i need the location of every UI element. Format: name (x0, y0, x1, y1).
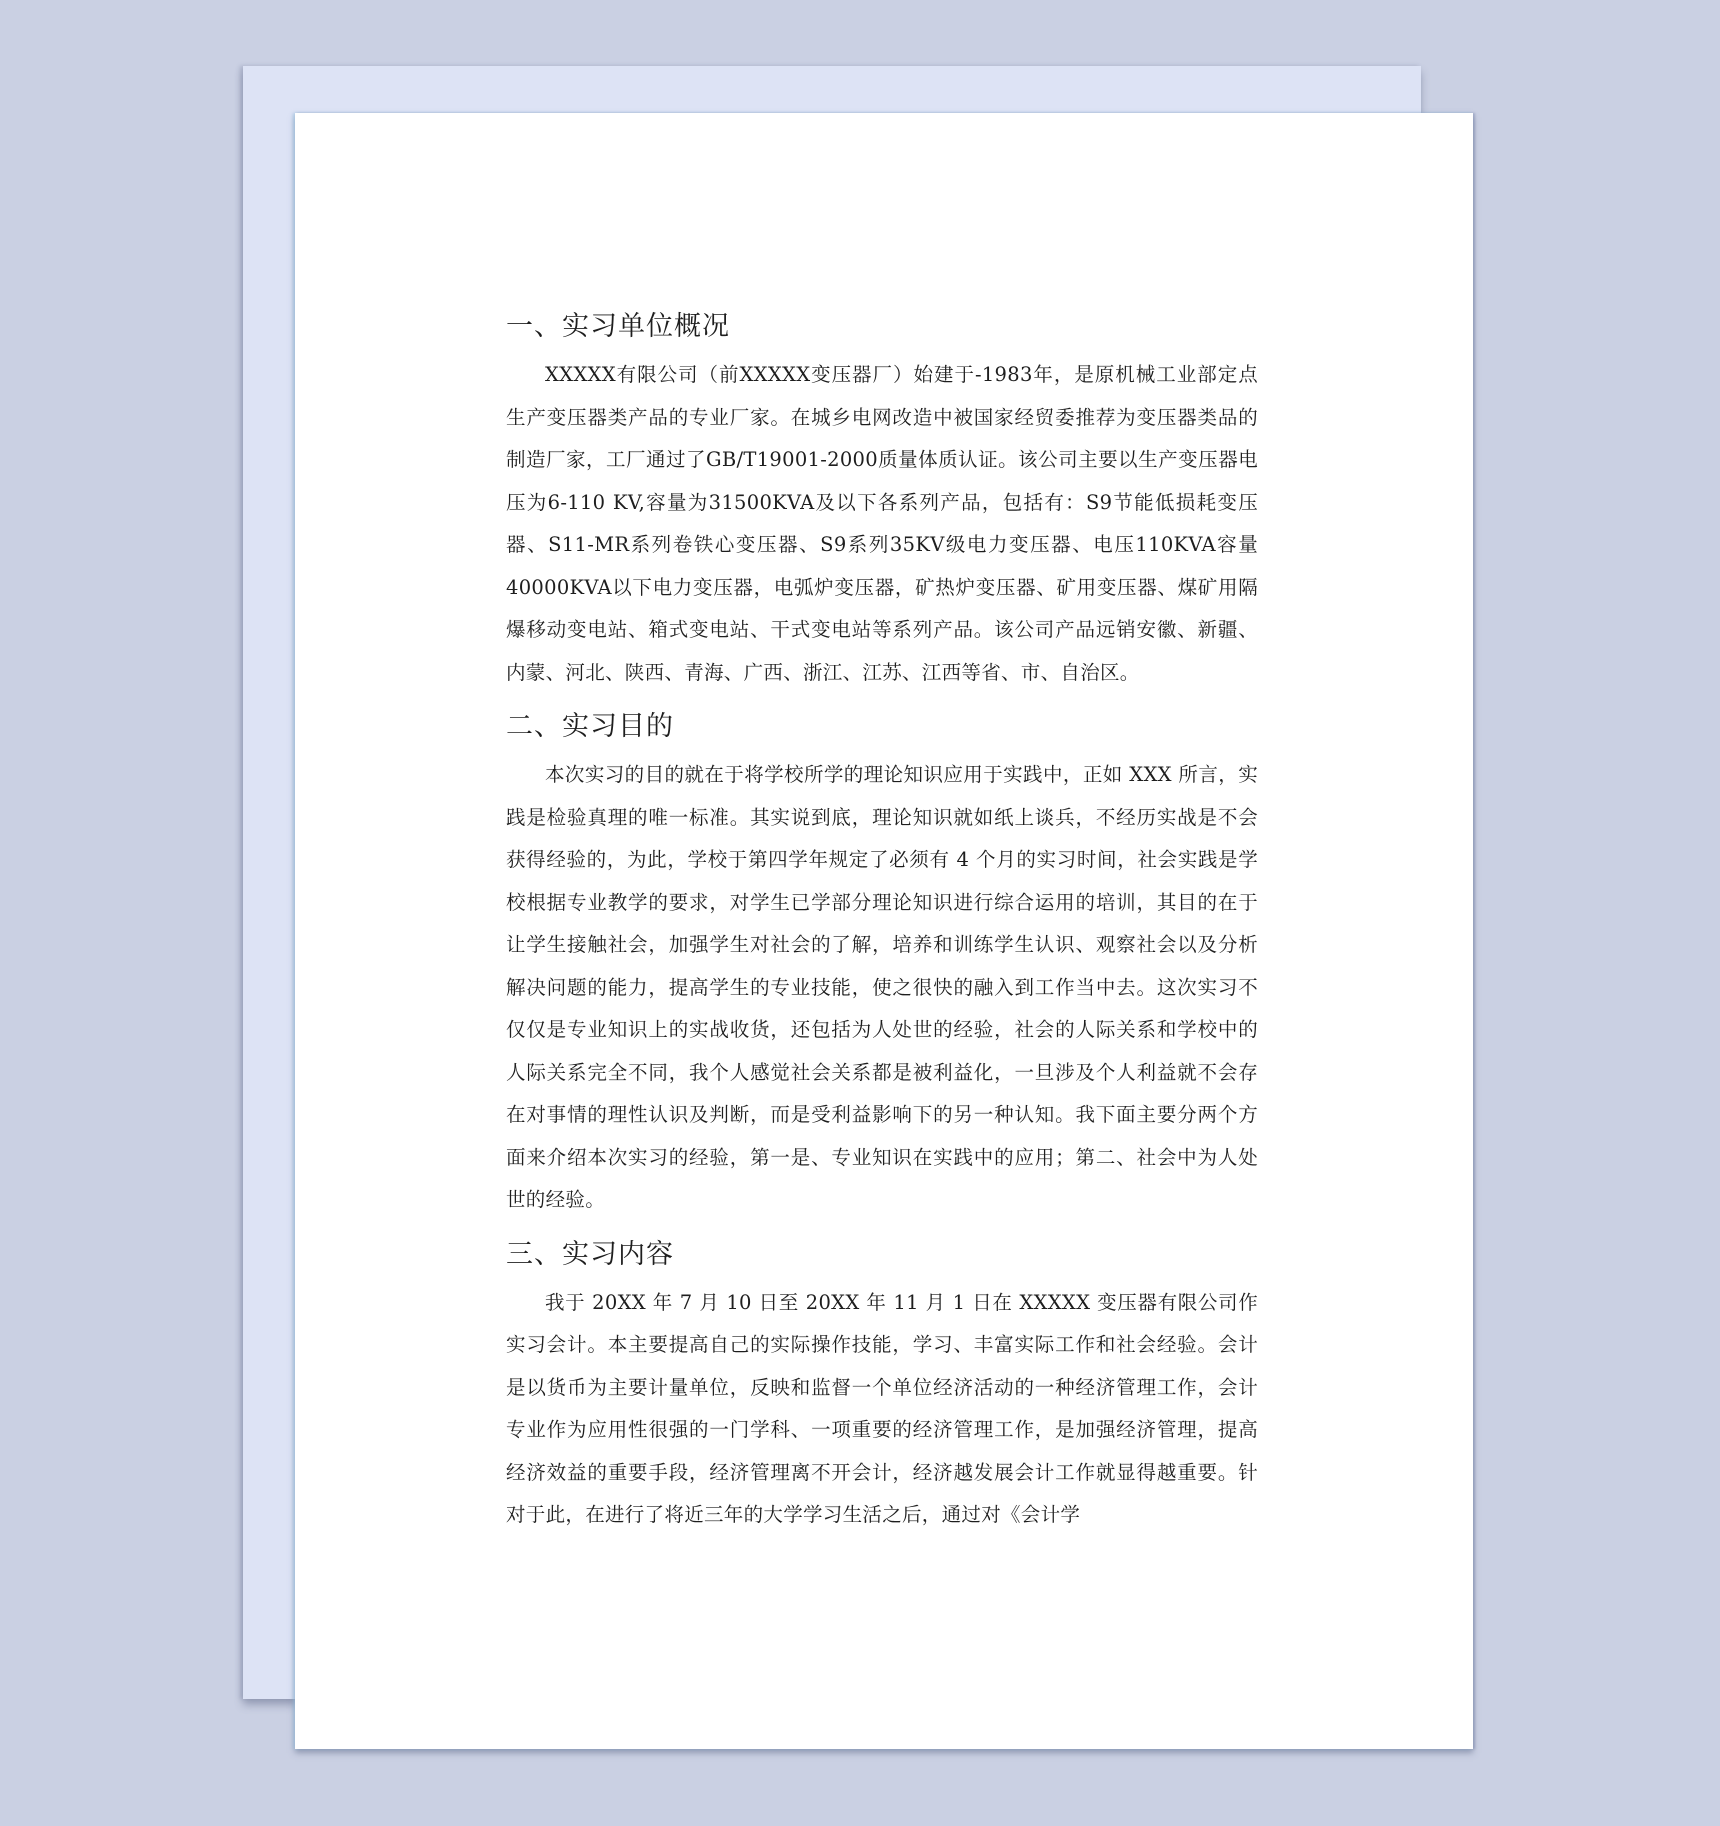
section-purpose: 二、实习目的 本次实习的目的就在于将学校所学的理论知识应用于实践中，正如 XXX… (506, 700, 1258, 1222)
section-unit-overview: 一、实习单位概况 XXXXX有限公司（前XXXXX变压器厂）始建于-1983年，… (506, 300, 1258, 694)
paragraph: 我于 20XX 年 7 月 10 日至 20XX 年 11 月 1 日在 XXX… (506, 1282, 1258, 1537)
section-heading: 一、实习单位概况 (506, 300, 1258, 354)
paragraph: 本次实习的目的就在于将学校所学的理论知识应用于实践中，正如 XXX 所言，实践是… (506, 754, 1258, 1222)
section-content: 三、实习内容 我于 20XX 年 7 月 10 日至 20XX 年 11 月 1… (506, 1228, 1258, 1537)
paragraph: XXXXX有限公司（前XXXXX变压器厂）始建于-1983年，是原机械工业部定点… (506, 354, 1258, 694)
section-heading: 三、实习内容 (506, 1228, 1258, 1282)
section-heading: 二、实习目的 (506, 700, 1258, 754)
document-body: 一、实习单位概况 XXXXX有限公司（前XXXXX变压器厂）始建于-1983年，… (506, 300, 1258, 1537)
